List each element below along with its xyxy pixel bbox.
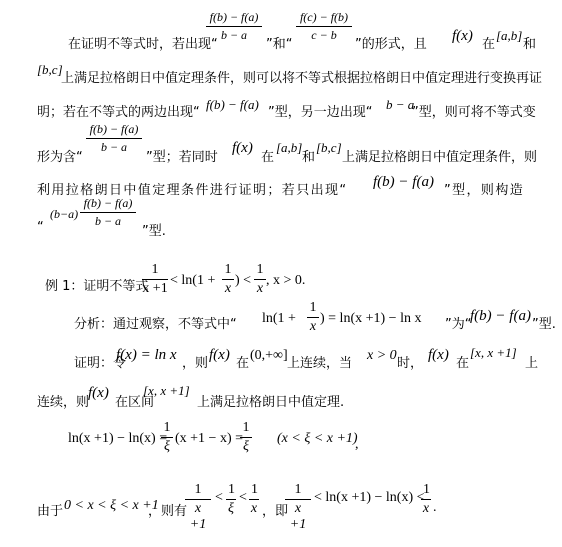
- period: .: [433, 500, 437, 516]
- text-segment: 上满足拉格朗日中值定理.: [197, 391, 344, 410]
- math-b-minus-a: (b−a): [50, 207, 78, 222]
- math-ln-expr: < ln(1 +: [170, 273, 215, 289]
- math-interval-bc: [b,c]: [316, 140, 342, 156]
- math-xi-range: (x < ξ < x +1): [277, 431, 358, 447]
- fraction-1-over-x-plus-1: 1 x +1: [285, 482, 311, 533]
- text-segment: 在: [261, 146, 274, 165]
- math-fx: f(x): [428, 347, 449, 364]
- math-interval-0-inf: (0,+∞]: [250, 348, 288, 364]
- math-x-gt-0: x > 0: [367, 348, 397, 364]
- example-label: 例 1：证明不等式: [45, 275, 148, 294]
- fraction-fc-fb-over-c-b: f(c) − f(b) c − b: [296, 10, 352, 43]
- fraction-1-over-x: 1 x: [421, 482, 431, 517]
- math-chain: 0 < x < ξ < x +1: [64, 498, 159, 514]
- text-segment: ”和“: [266, 33, 292, 52]
- text-segment: 上满足拉格朗日中值定理条件，则可以将不等式根据拉格朗日中值定理进行变换再证: [61, 67, 542, 86]
- math-interval-ab: [a,b]: [276, 140, 302, 156]
- math-fx-def: f(x) = ln x: [116, 347, 177, 364]
- text-segment: ”为“: [445, 313, 471, 332]
- fraction-fb-fa-over-b-a: f(b) − f(a) b − a: [206, 10, 262, 43]
- fraction-1-over-xi: 1 ξ: [161, 420, 173, 455]
- text-segment: ”型，另一边出现“: [268, 101, 372, 120]
- text-segment: ”的形式，且: [355, 33, 427, 52]
- text-segment: ”型，则可将不等式变: [412, 101, 536, 120]
- math-fx: f(x): [209, 347, 230, 364]
- text-segment: ”型；若同时: [146, 146, 218, 165]
- text-segment: 上连续，当: [287, 352, 352, 371]
- math-ln-identity: ) = ln(x +1) − ln x: [320, 311, 421, 327]
- fraction-fb-fa-over-b-a: f(b) − f(a) b − a: [86, 122, 142, 155]
- text-segment: ”型，则构造: [444, 179, 524, 198]
- math-condition: , x > 0.: [266, 273, 305, 289]
- text-segment: 在: [236, 352, 249, 371]
- text-segment: ”型.: [532, 313, 556, 332]
- text-segment: 形为含“: [37, 146, 83, 165]
- text-segment: ，则: [182, 352, 208, 371]
- text-segment: 上满足拉格朗日中值定理条件，则: [342, 146, 537, 165]
- math-lagrange-mid: (x +1 − x) =: [175, 431, 243, 447]
- text-segment: 和: [302, 146, 315, 165]
- fraction-1-over-x-plus-1: 1 x +1: [185, 482, 211, 533]
- text-segment: 由于: [37, 500, 63, 519]
- math-lt: <: [215, 490, 223, 506]
- text-segment: ，则有: [148, 500, 187, 519]
- math-b-a: b − a: [386, 97, 414, 113]
- text-segment: ”型.: [142, 220, 166, 239]
- math-ln-diff: < ln(x +1) − ln(x) <: [314, 490, 425, 506]
- text-segment: 上: [525, 352, 538, 371]
- fraction-1-over-x: 1 x: [307, 300, 319, 335]
- fraction-1-over-x: 1 x: [222, 262, 234, 297]
- math-fb-fa: f(b) − f(a): [470, 308, 531, 325]
- math-fb-fa: f(b) − f(a): [206, 97, 259, 113]
- analysis-label: 分析：通过观察，不等式中“: [74, 313, 237, 332]
- text-segment: 在: [456, 352, 469, 371]
- fraction-1-over-xi: 1 ξ: [240, 420, 252, 455]
- math-interval-bc: [b,c]: [37, 62, 63, 78]
- text-segment: 在: [482, 33, 495, 52]
- math-fx: f(x): [232, 140, 253, 157]
- comma: ,: [355, 437, 359, 453]
- math-interval-ab: [a,b]: [496, 28, 522, 44]
- math-fx: f(x): [452, 28, 473, 45]
- math-interval-x-x1: [x, x +1]: [143, 383, 190, 399]
- math-lt: <: [239, 490, 247, 506]
- fraction-1-over-xi: 1 ξ: [226, 482, 236, 517]
- text-segment: 时，: [397, 352, 423, 371]
- text-segment: 和: [523, 33, 536, 52]
- fraction-1-over-x: 1 x: [254, 262, 266, 297]
- fraction-fb-fa-over-b-a: f(b) − f(a) b − a: [80, 196, 136, 229]
- fraction-1-over-x-plus-1: 1 x +1: [142, 262, 168, 297]
- math-ln-expr: ln(1 +: [262, 311, 296, 327]
- math-fx: f(x): [88, 385, 109, 402]
- text-segment: 在证明不等式时，若出现“: [68, 33, 218, 52]
- fraction-1-over-x: 1 x: [249, 482, 259, 517]
- math-lt: ) <: [235, 273, 251, 289]
- text-segment: 连续，则: [37, 391, 89, 410]
- text-segment: “: [37, 220, 44, 235]
- math-fb-fa: f(b) − f(a): [373, 174, 434, 191]
- math-interval-x-x1: [x, x +1]: [470, 345, 517, 361]
- text-segment: 明；若在不等式的两边出现“: [37, 101, 200, 120]
- math-lagrange-lhs: ln(x +1) − ln(x) =: [68, 431, 167, 447]
